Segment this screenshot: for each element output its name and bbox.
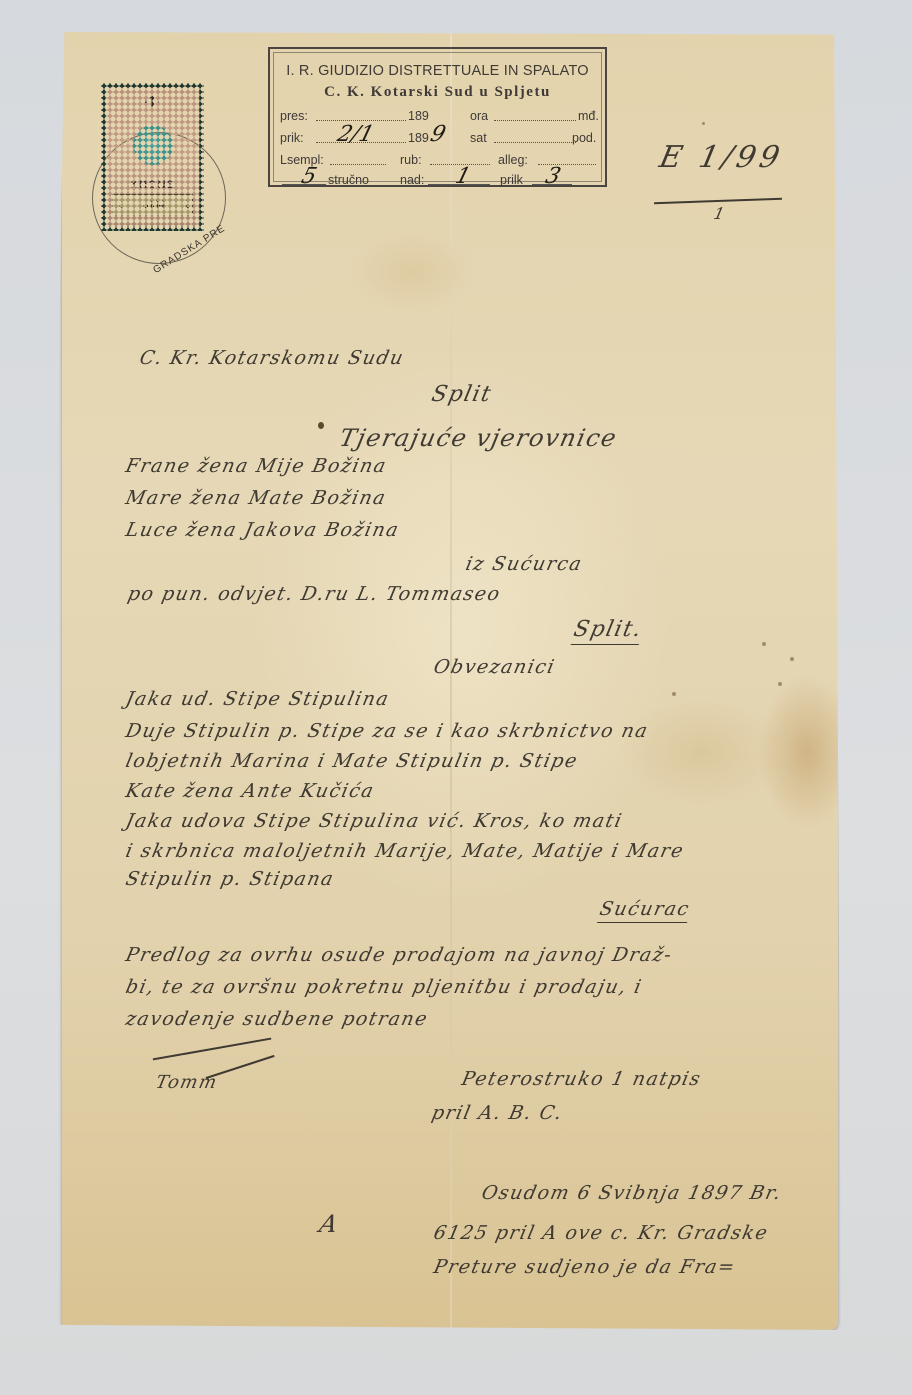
defendant-line: i skrbnica maloljetnih Marije, Mate, Mat… [124, 840, 687, 862]
defendant-line: Duje Stipulin p. Stipe za se i kao skrbn… [124, 720, 651, 742]
revenue-stamp-bottom-bar: 1 1834 1 [112, 194, 193, 216]
stamp-copies-value: 5 [299, 164, 320, 189]
defendant-line: Stipulin p. Stipana [124, 868, 337, 890]
revenue-stamp-bottom-left: 1 [116, 199, 122, 211]
stamp-attachments-value: 3 [543, 164, 564, 189]
foxing-spot [778, 682, 782, 686]
copies-note: Peterostruko 1 natpis [460, 1068, 704, 1090]
stamp-court-name-croatian: C. K. Kotarski Sud u Spljetu [270, 84, 605, 101]
revenue-stamp-bottom-right: 1 [183, 199, 189, 211]
case-reference: E 1/99 [656, 140, 786, 175]
footer-note-line: Osudom 6 Svibnja 1897 Br. [480, 1182, 784, 1204]
court-registry-stamp: I. R. GIUDIZIO DISTRETTUALE IN SPALATO C… [268, 47, 607, 187]
stamp-court-name-italian: I. R. GIUDIZIO DISTRETTUALE IN SPALATO [270, 63, 605, 79]
stamp-row-prik: prik: 2/1 189 9 sat pod. [280, 125, 598, 147]
defendant-line: Jaka ud. Stipe Stipulina [124, 688, 392, 710]
revenue-stamp: ·1· KRONE 1 1834 1 [101, 83, 204, 231]
stamp-label: prik: [280, 131, 304, 145]
footer-note-line: 6125 pril A ove c. Kr. Gradske [432, 1222, 771, 1244]
body-line: Predlog za ovrhu osude prodajom na javno… [124, 944, 675, 966]
signature-stroke [153, 1038, 271, 1060]
stamp-year: 189 [408, 131, 429, 145]
defendants-heading: Obvezanici [432, 656, 558, 678]
revenue-stamp-medallion-icon [128, 120, 178, 170]
stamp-label: stručno [328, 173, 369, 187]
attachments-note: pril A. B. C. [430, 1102, 565, 1124]
stamp-label: mđ. [578, 109, 599, 123]
attorney-city: Split. [571, 617, 644, 642]
defendant-line: Kate žena Ante Kučića [124, 780, 377, 802]
plaintiff-name: Luce žena Jakova Božina [124, 519, 402, 541]
case-reference-sub: 1 [712, 204, 728, 223]
defendant-line: Jaka udova Stipe Stipulina vić. Kros, ko… [124, 810, 625, 832]
footer-note-line: Preture sudjeno je da Fra= [432, 1256, 738, 1278]
addressee-city: Split [429, 382, 494, 407]
plaintiff-name: Frane žena Mije Božina [124, 455, 389, 477]
plaintiffs-heading: Tjerajuće vjerovnice [337, 424, 620, 452]
addressee-court: C. Kr. Kotarskomu Sudu [138, 347, 407, 369]
signature-flourish [206, 1055, 275, 1079]
paper-fold-crease [450, 32, 452, 1330]
stamp-label: prilk [500, 173, 523, 187]
ink-spot [318, 422, 324, 429]
foxing-spot [762, 642, 766, 646]
body-line: bi, te za ovršnu pokretnu pljenitbu i pr… [124, 976, 645, 998]
stamp-year-digit: 9 [428, 122, 449, 147]
stamp-label: rub: [400, 153, 422, 167]
stamp-year: 189 [408, 109, 429, 123]
foxing-spot [790, 657, 794, 661]
stamp-nad-value: 1 [453, 164, 474, 189]
attorney-city-text: Split. [571, 617, 645, 645]
plaintiffs-attorney: po pun. odvjet. D.ru L. Tommaseo [126, 583, 503, 605]
foxing-spot [672, 692, 676, 696]
foxing-spot [702, 122, 705, 125]
defendants-origin: Sućurac [598, 898, 692, 920]
body-line: zavodenje sudbene potrane [124, 1008, 431, 1030]
stamp-label: alleg: [498, 153, 528, 167]
revenue-stamp-value: ·1· [106, 92, 199, 112]
plaintiffs-origin: iz Sućurca [464, 553, 585, 575]
defendants-origin-text: Sućurac [597, 898, 692, 923]
stamp-label: sat [470, 131, 487, 145]
case-reference-underline [654, 198, 782, 204]
stamp-label: pres: [280, 109, 308, 123]
stamp-label: nad: [400, 173, 424, 187]
defendant-line: lobjetnih Marina i Mate Stipulin p. Stip… [124, 750, 581, 772]
stamp-label: pod. [572, 131, 596, 145]
stamp-row-strucno: 5 stručno nad: 1 prilk 3 [280, 167, 598, 189]
plaintiff-name: Mare žena Mate Božina [124, 487, 389, 509]
stamp-date-handwritten: 2/1 [335, 122, 377, 147]
document-page: GRADSKA PRE ·1· KRONE 1 1834 1 I. R. GIU… [62, 32, 838, 1330]
stamp-label: ora [470, 109, 488, 123]
annex-marker: A [317, 1210, 342, 1238]
revenue-stamp-denomination: KRONE [106, 179, 199, 191]
revenue-stamp-year: 1834 [140, 199, 164, 211]
